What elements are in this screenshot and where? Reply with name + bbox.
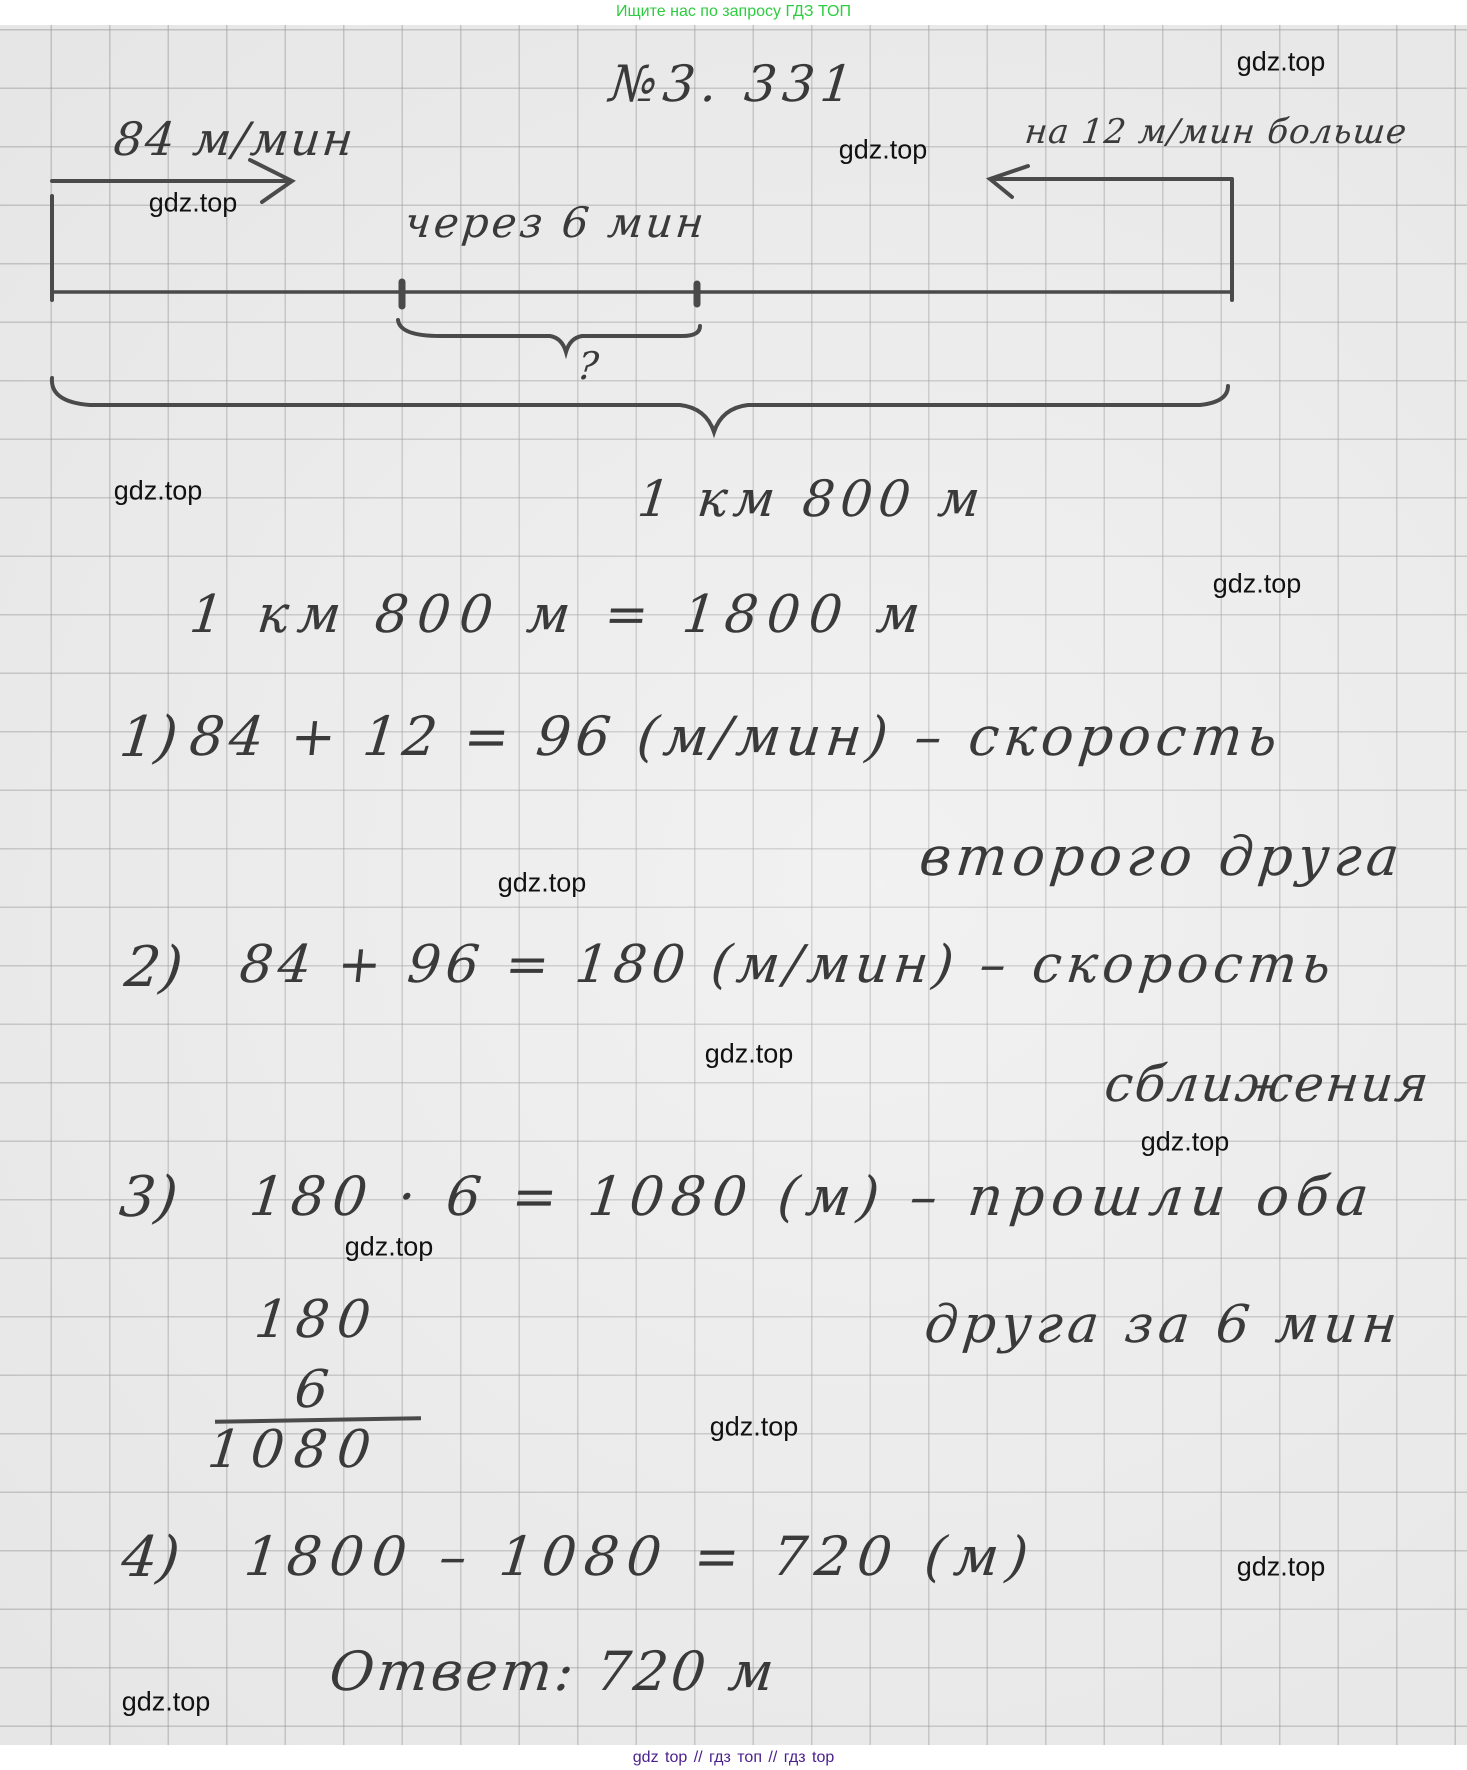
step-1-expression: 84 + 12 = 96 (м/мин) – скорость bbox=[187, 705, 1286, 768]
step-4-expression: 1800 – 1080 = 720 (м) bbox=[242, 1525, 1040, 1588]
step-3-expression: 180 · 6 = 1080 (м) – прошли оба bbox=[247, 1165, 1379, 1228]
watermark: gdz.top bbox=[705, 1039, 794, 1070]
column-mult-multiplier: 6 bbox=[292, 1360, 331, 1420]
step-1-note: второго друга bbox=[917, 825, 1407, 888]
total-brace bbox=[52, 378, 1228, 432]
watermark: gdz.top bbox=[345, 1232, 434, 1263]
watermark: gdz.top bbox=[114, 476, 203, 507]
problem-number: №3. 331 bbox=[607, 55, 861, 113]
unit-conversion: 1 км 800 м = 1800 м bbox=[187, 585, 932, 645]
watermark: gdz.top bbox=[710, 1412, 799, 1443]
watermark: gdz.top bbox=[1237, 47, 1326, 78]
watermark: gdz.top bbox=[1237, 1552, 1326, 1583]
left-speed-label: 84 м/мин bbox=[111, 112, 358, 166]
right-speed-label: на 12 м/мин больше bbox=[1023, 112, 1409, 152]
column-mult-top: 180 bbox=[252, 1290, 382, 1350]
watermark: gdz.top bbox=[839, 135, 928, 166]
total-distance-label: 1 км 800 м bbox=[635, 470, 989, 528]
column-mult-result: 1080 bbox=[205, 1420, 384, 1480]
watermark: gdz.top bbox=[498, 868, 587, 899]
watermark: gdz.top bbox=[149, 188, 238, 219]
time-label: через 6 мин bbox=[402, 198, 709, 247]
watermark: gdz.top bbox=[1213, 569, 1302, 600]
watermark: gdz.top bbox=[1141, 1127, 1230, 1158]
unknown-brace bbox=[398, 320, 700, 352]
bottom-banner: gdz top // гдз топ // гдз top bbox=[0, 1745, 1467, 1770]
step-3-number: 3) bbox=[117, 1165, 181, 1230]
step-1-number: 1) bbox=[117, 705, 181, 770]
watermark: gdz.top bbox=[122, 1687, 211, 1718]
step-3-note: друга за 6 мин bbox=[922, 1295, 1405, 1355]
step-2-note: сближения bbox=[1102, 1055, 1433, 1113]
step-2-number: 2) bbox=[122, 935, 186, 1000]
step-2-expression: 84 + 96 = 180 (м/мин) – скорость bbox=[237, 935, 1339, 995]
right-speed-arrow bbox=[990, 166, 1232, 197]
step-4-number: 4) bbox=[119, 1525, 183, 1590]
answer: Ответ: 720 м bbox=[327, 1640, 780, 1703]
